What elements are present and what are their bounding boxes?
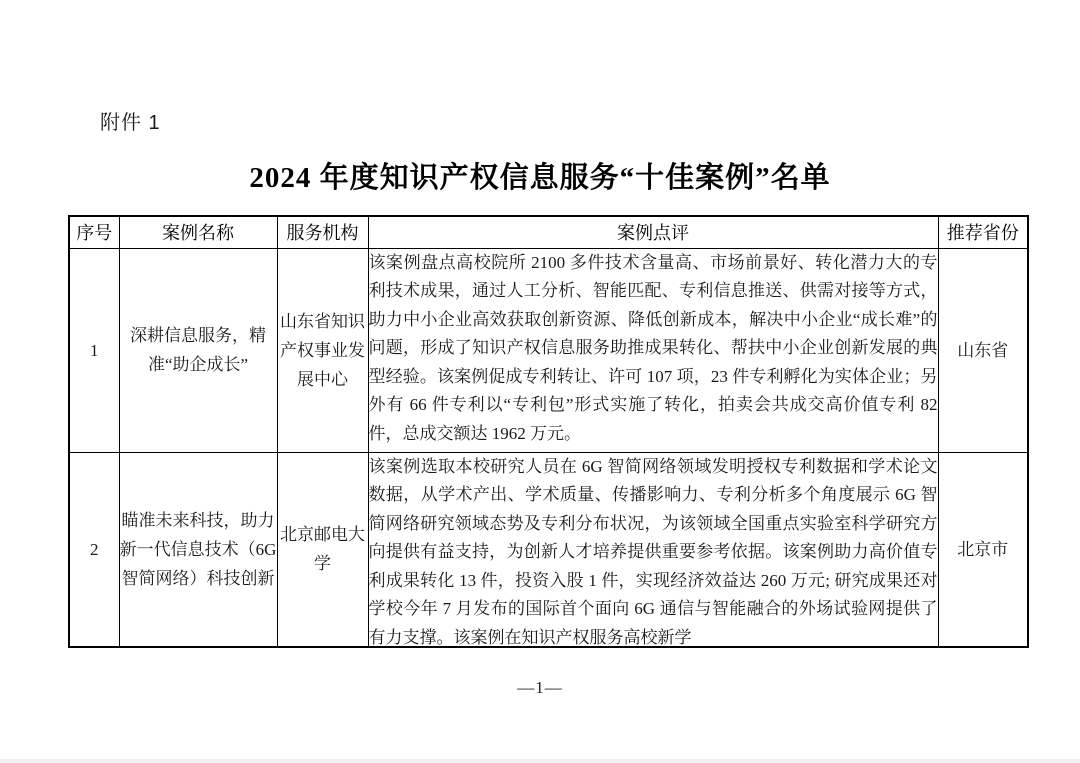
- col-header-organization: 服务机构: [277, 216, 368, 248]
- table-header-row: 序号 案例名称 服务机构 案例点评 推荐省份: [69, 216, 1028, 248]
- table-row: 1 深耕信息服务，精准“助企成长” 山东省知识产权事业发展中心 该案例盘点高校院…: [69, 248, 1028, 452]
- cell-case-name: 深耕信息服务，精准“助企成长”: [119, 248, 277, 452]
- review-text: 该案例盘点高校院所 2100 多件技术含量高、市场前景好、转化潜力大的专利技术成…: [369, 249, 938, 448]
- document-page: 附件 1 2024 年度知识产权信息服务“十佳案例”名单 序号 案例名称 服务机…: [0, 0, 1080, 763]
- cell-organization: 山东省知识产权事业发展中心: [277, 248, 368, 452]
- col-header-review: 案例点评: [368, 216, 938, 248]
- review-text: 该案例选取本校研究人员在 6G 智简网络领域发明授权专利数据和学术论文数据，从学…: [369, 453, 938, 645]
- cell-province: 山东省: [938, 248, 1028, 452]
- cell-case-name: 瞄准未来科技，助力新一代信息技术（6G 智简网络）科技创新: [119, 452, 277, 647]
- cell-organization: 北京邮电大学: [277, 452, 368, 647]
- cell-province: 北京市: [938, 452, 1028, 647]
- page-title: 2024 年度知识产权信息服务“十佳案例”名单: [0, 155, 1080, 196]
- cases-table: 序号 案例名称 服务机构 案例点评 推荐省份 1 深耕信息服务，精准“助企成长”…: [68, 215, 1029, 648]
- cell-review: 该案例盘点高校院所 2100 多件技术含量高、市场前景好、转化潜力大的专利技术成…: [368, 248, 938, 452]
- table-row: 2 瞄准未来科技，助力新一代信息技术（6G 智简网络）科技创新 北京邮电大学 该…: [69, 452, 1028, 647]
- page-bottom-edge: [0, 759, 1080, 763]
- col-header-province: 推荐省份: [938, 216, 1028, 248]
- cell-review: 该案例选取本校研究人员在 6G 智简网络领域发明授权专利数据和学术论文数据，从学…: [368, 452, 938, 647]
- page-number: —1—: [0, 678, 1080, 698]
- cell-index: 1: [69, 248, 119, 452]
- attachment-label: 附件 1: [100, 106, 161, 135]
- col-header-index: 序号: [69, 216, 119, 248]
- col-header-case-name: 案例名称: [119, 216, 277, 248]
- cell-index: 2: [69, 452, 119, 647]
